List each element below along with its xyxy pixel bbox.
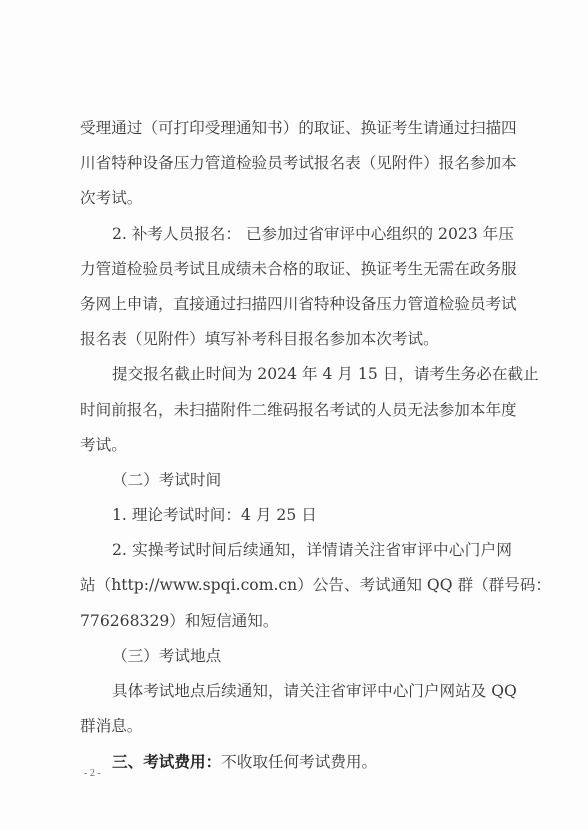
fee-text: 不收取任何考试费用。 [221,753,377,771]
text-line: 776268329）和短信通知。 [80,604,512,639]
paragraph-exam-fee: 三、考试费用：不收取任何考试费用。 [80,744,512,779]
document-page: 受理通过（可打印受理通知书）的取证、换证考生请通过扫描四 川省特种设备压力管道检… [0,0,588,830]
text-line: 报名表（见附件）填写补考科目报名参加本次考试。 [80,322,512,357]
text-line-with-link: 站（http://www.spqi.com.cn）公告、考试通知 QQ 群（群号… [80,568,512,603]
text-line: 时间前报名，未扫描附件二维码报名考试的人员无法参加本年度 [80,393,512,428]
text-line: 群消息。 [80,709,512,744]
text-line: 川省特种设备压力管道检验员考试报名表（见附件）报名参加本 [80,146,512,181]
text-line: 务网上申请，直接通过扫描四川省特种设备压力管道检验员考试 [80,287,512,322]
paragraph-theory-exam-time: 1. 理论考试时间：4 月 25 日 [80,498,512,533]
text-line: 具体考试地点后续通知，请关注省审评中心门户网站及 QQ [80,674,512,709]
document-body: 受理通过（可打印受理通知书）的取证、换证考生请通过扫描四 川省特种设备压力管道检… [80,111,512,780]
page-number: - 2 - [84,768,101,779]
paragraph-exam-location: 具体考试地点后续通知，请关注省审评中心门户网站及 QQ 群消息。 [80,674,512,744]
paragraph-retake-registration: 2. 补考人员报名： 已参加过省审评中心组织的 2023 年压 力管道检验员考试… [80,217,512,358]
text-line: 力管道检验员考试且成绩未合格的取证、换证考生无需在政务服 [80,252,512,287]
text-line: 2. 补考人员报名： 已参加过省审评中心组织的 2023 年压 [80,217,512,252]
text-line: 受理通过（可打印受理通知书）的取证、换证考生请通过扫描四 [80,111,512,146]
paragraph-deadline: 提交报名截止时间为 2024 年 4 月 15 日，请考生务必在截止 时间前报名… [80,357,512,463]
section-heading-exam-location: （三）考试地点 [80,639,512,674]
section-heading-exam-time: （二）考试时间 [80,463,512,498]
text-line: 考试。 [80,428,512,463]
text-line: 2. 实操考试时间后续通知，详情请关注省审评中心门户网 [80,533,512,568]
paragraph-practical-exam-time: 2. 实操考试时间后续通知，详情请关注省审评中心门户网 站（http://www… [80,533,512,639]
text-line: 提交报名截止时间为 2024 年 4 月 15 日，请考生务必在截止 [80,357,512,392]
paragraph-registration-continuation: 受理通过（可打印受理通知书）的取证、换证考生请通过扫描四 川省特种设备压力管道检… [80,111,512,217]
section-heading-exam-fee: 三、考试费用： [112,752,221,771]
text-line: 次考试。 [80,181,512,216]
